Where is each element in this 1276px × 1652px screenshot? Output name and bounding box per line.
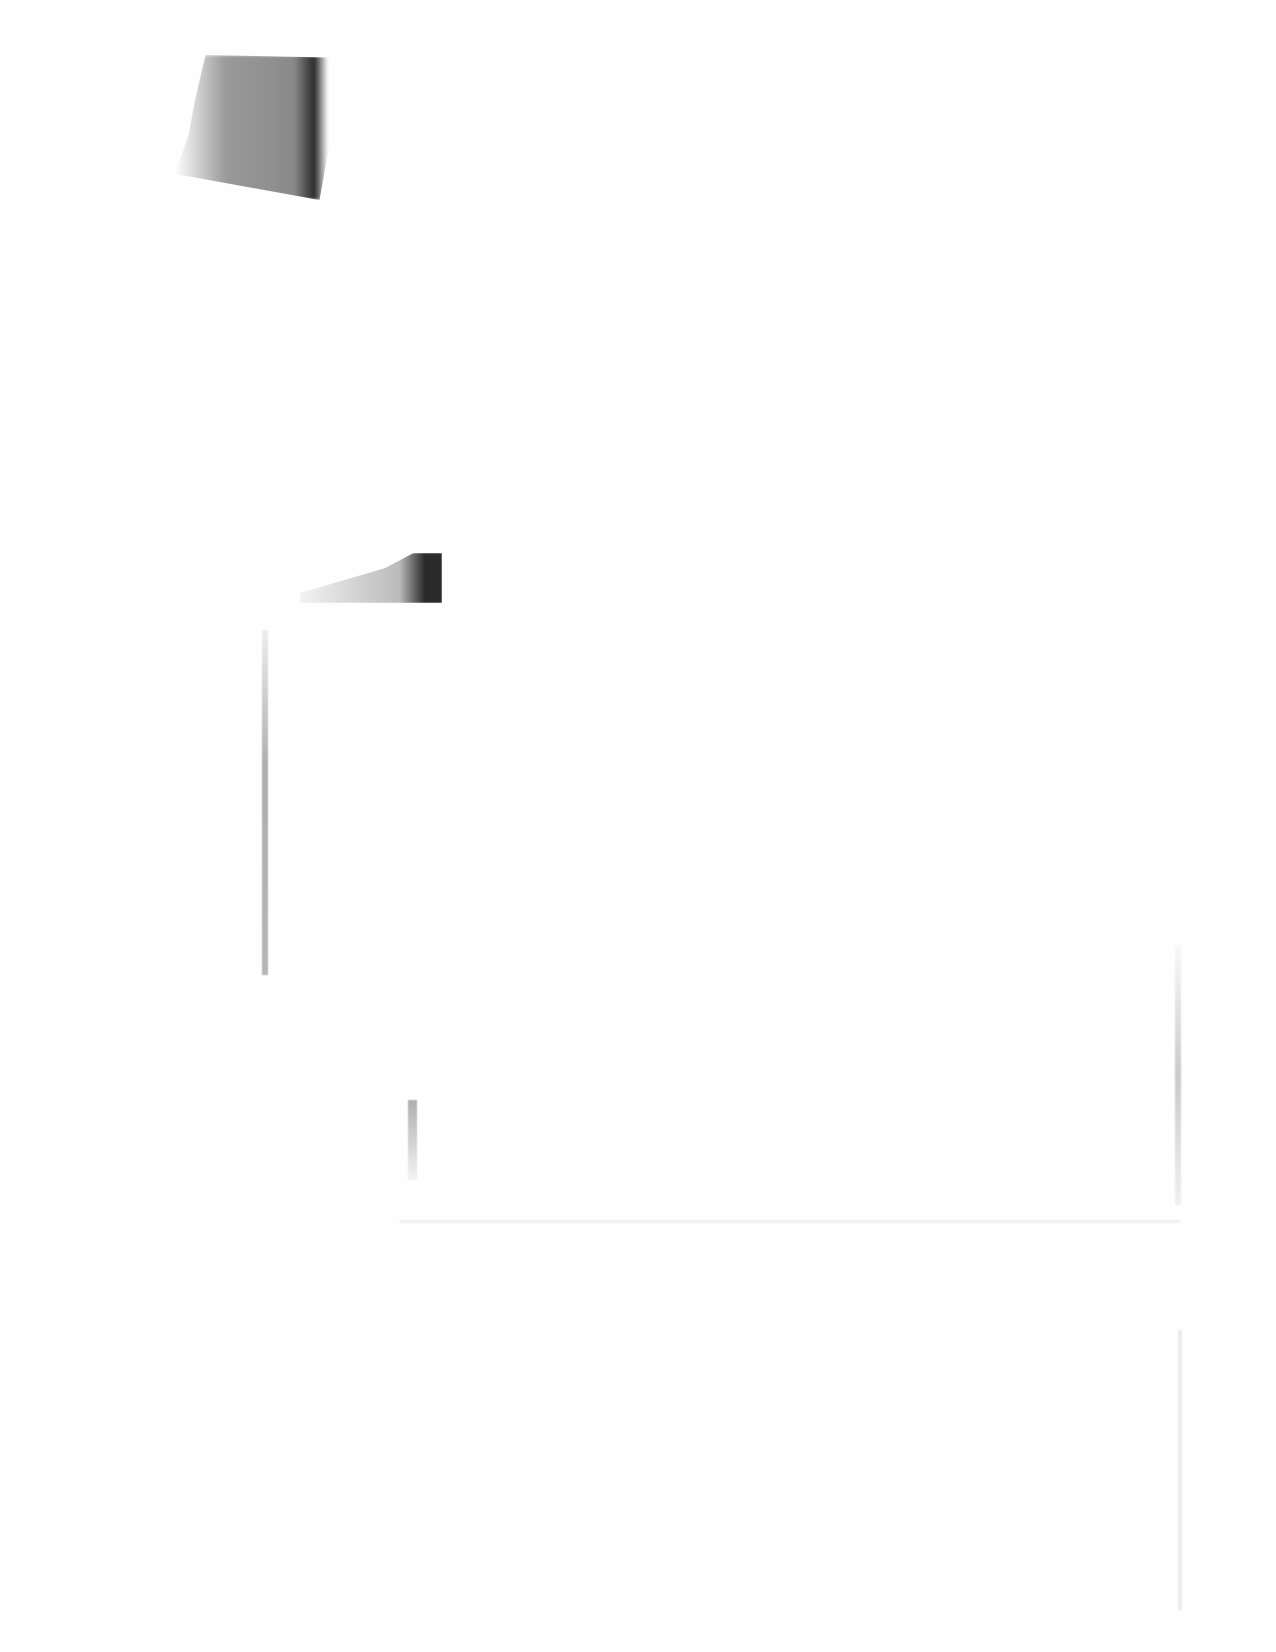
lower-small-streak (408, 1100, 417, 1180)
horizontal-faint-line (400, 1220, 1180, 1223)
right-bottom-streak (1178, 1330, 1182, 1610)
top-left-smudge (175, 55, 345, 200)
left-vertical-streak (262, 630, 268, 975)
right-edge-streak (1175, 945, 1181, 1205)
mid-left-smudge (300, 553, 442, 603)
